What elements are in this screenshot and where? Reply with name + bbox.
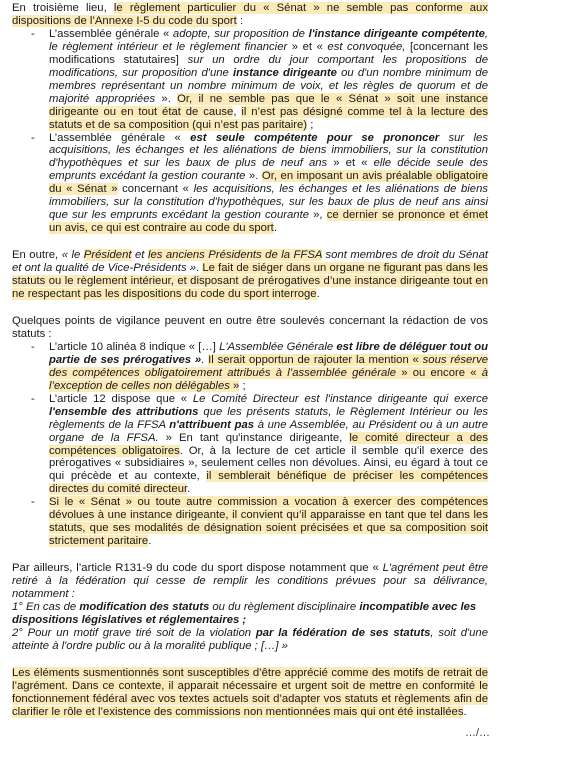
text: ». xyxy=(155,93,177,105)
quote-line-1: 1° En cas de modification des statuts ou… xyxy=(12,601,488,627)
quote: Le Comité Directeur est l'instance dirig… xyxy=(193,393,488,405)
text: » et « xyxy=(287,41,327,53)
text: En outre, xyxy=(12,249,62,261)
text: L’article 10 alinéa 8 indique « […] xyxy=(49,341,219,353)
emphasis: n'attribuent pas xyxy=(169,419,254,431)
quote: L'Assemblée Générale xyxy=(219,341,336,353)
paragraph-article-r131-9: Par ailleurs, l’article R131-9 du code d… xyxy=(12,562,488,601)
highlight: Président xyxy=(84,249,132,261)
text: Par ailleurs, l’article R131-9 du code d… xyxy=(12,562,383,574)
text: ; xyxy=(239,380,245,392)
paragraph-president-senat: En outre, « le Président et les anciens … xyxy=(12,249,488,301)
text: En troisième lieu, xyxy=(12,2,114,14)
bullet-item-assemblee-seule-competente: L’assemblée générale « est seule compéte… xyxy=(12,132,488,236)
quote: ou du règlement disciplinaire xyxy=(209,601,359,613)
text: » et « xyxy=(327,157,373,169)
quote: et xyxy=(132,249,148,261)
text: ». xyxy=(245,170,262,182)
text: ; xyxy=(307,119,313,131)
bullet-list-vigilance: L’article 10 alinéa 8 indique « […] L'As… xyxy=(12,341,488,548)
continuation-mark: …/… xyxy=(465,727,490,739)
highlight: » ou encore « xyxy=(396,367,482,379)
text: », xyxy=(309,209,327,221)
highlight: Si le « Sénat » ou toute autre commissio… xyxy=(49,496,488,547)
quote: 1° En cas de xyxy=(12,601,79,613)
quote: « le xyxy=(62,249,84,261)
bullet-item-article-12: L’article 12 dispose que « Le Comité Dir… xyxy=(12,393,488,497)
text: L’article 12 dispose que « xyxy=(49,393,193,405)
emphasis: modification des statuts xyxy=(79,601,209,613)
highlight: Il serait opportun de rajouter la mentio… xyxy=(208,354,423,366)
text: : xyxy=(237,15,243,27)
emphasis: instance dirigeante xyxy=(233,67,337,79)
bullet-item-article-10: L’article 10 alinéa 8 indique « […] L'As… xyxy=(12,341,488,393)
quote: 2° Pour un motif grave tiré soit de la v… xyxy=(12,627,256,639)
quote-line-2: 2° Pour un motif grave tiré soit de la v… xyxy=(12,627,488,653)
bullet-item-senat-commission: Si le « Sénat » ou toute autre commissio… xyxy=(12,496,488,548)
highlight: » xyxy=(230,380,239,392)
paragraph-senat-intro: En troisième lieu, le règlement particul… xyxy=(12,2,488,28)
bullet-list-senat: L’assemblée générale « adopte, sur propo… xyxy=(12,28,488,235)
quote: est convoquée, xyxy=(327,41,405,53)
text: » En tant qu'instance dirigeante, xyxy=(159,432,350,444)
text: . xyxy=(148,535,151,547)
emphasis: l'instance dirigeante compétente xyxy=(309,28,485,40)
quote: » xyxy=(279,640,288,652)
text: . xyxy=(463,706,466,718)
highlight: les anciens Présidents de la FFSA xyxy=(148,249,322,261)
document-page: En troisième lieu, le règlement particul… xyxy=(12,2,488,719)
paragraph-conclusion: Les éléments susmentionnés sont suscepti… xyxy=(12,667,488,719)
text: . xyxy=(187,483,190,495)
text: . xyxy=(274,222,277,234)
quote: adopte, sur proposition de xyxy=(173,28,309,40)
emphasis: l'ensemble des attributions xyxy=(49,406,198,418)
bullet-item-assemblee-adopte: L’assemblée générale « adopte, sur propo… xyxy=(12,28,488,132)
emphasis: est seule compétente pour se prononcer xyxy=(190,132,439,144)
text: L’assemblée générale « xyxy=(49,28,173,40)
highlight: Les éléments susmentionnés sont suscepti… xyxy=(12,667,488,718)
text: . xyxy=(317,288,320,300)
emphasis: par la fédération de ses statuts xyxy=(256,627,431,639)
text: L’assemblée générale « xyxy=(49,132,190,144)
paragraph-points-vigilance: Quelques points de vigilance peuvent en … xyxy=(12,315,488,341)
text: concernant « xyxy=(118,183,194,195)
